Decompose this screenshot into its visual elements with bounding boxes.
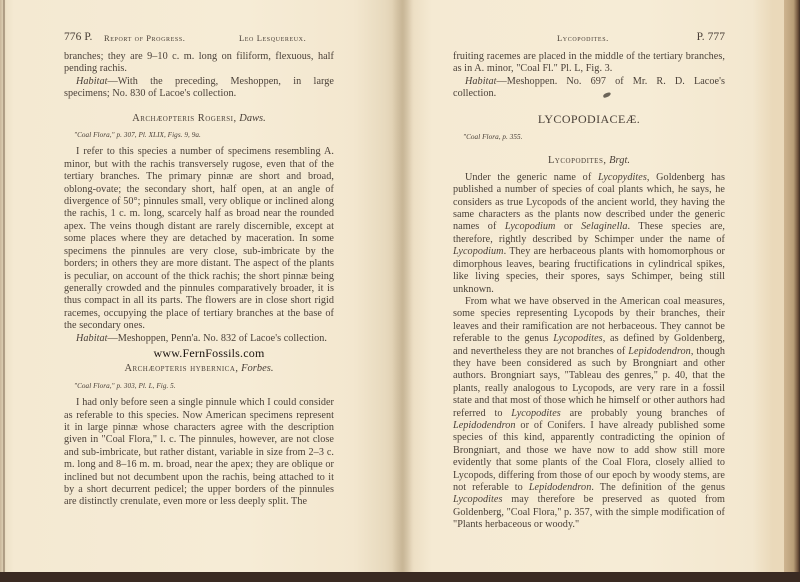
- book-bottom-edge: [0, 572, 800, 582]
- italic-term: Lycopydites: [598, 172, 647, 183]
- running-head-title: Lycopodites.: [557, 32, 609, 44]
- species-name: Archæopteris Rogersi,: [132, 113, 236, 124]
- habitat-paragraph: Habitat—With the preceding, Meshoppen, i…: [64, 76, 334, 101]
- habitat-text: —Meshoppen, Penn'a. No. 832 of Lacoe's c…: [107, 333, 327, 344]
- italic-term: Lycopodium: [505, 221, 556, 232]
- italic-term: Selaginella: [581, 221, 627, 232]
- text-run: Under the generic name of: [465, 172, 598, 183]
- family-heading: LYCOPODIACEÆ.: [453, 113, 725, 125]
- genus-author: Brgt.: [609, 155, 630, 166]
- habitat-paragraph: Habitat—Meshoppen. No. 697 of Mr. R. D. …: [453, 76, 725, 101]
- italic-term: Lepidodendron: [453, 420, 516, 431]
- right-running-head: Lycopodites. P. 777: [453, 31, 725, 51]
- italic-term: Lycopodites: [453, 494, 502, 505]
- species-name: Archæopteris hybernica,: [124, 363, 238, 374]
- running-head-author: Leo Lesquereux.: [239, 32, 306, 44]
- left-page-text-column: 776 P. Report of Progress. Leo Lesquereu…: [64, 31, 334, 509]
- species-author: Forbes.: [241, 363, 273, 374]
- body-paragraph: From what we have observed in the Americ…: [453, 296, 725, 532]
- genus-name: Lycopodites,: [548, 155, 607, 166]
- text-run: or: [555, 221, 581, 232]
- running-head-title: Report of Progress.: [104, 32, 186, 44]
- italic-term: Lycopodites: [511, 408, 560, 419]
- citation: "Coal Flora, p. 355.: [463, 131, 725, 143]
- habitat-paragraph: Habitat—Meshoppen, Penn'a. No. 832 of La…: [64, 333, 334, 345]
- italic-term: Lycopodium: [453, 246, 504, 257]
- watermark-url: www.FernFossils.com: [84, 347, 334, 359]
- page-edge: [784, 0, 800, 574]
- section-heading-archaeopteris-hybernica: Archæopteris hybernica, Forbes.: [64, 363, 334, 375]
- left-running-head: 776 P. Report of Progress. Leo Lesquereu…: [64, 31, 334, 51]
- left-page-number: 776 P.: [64, 31, 92, 43]
- citation: "Coal Flora," p. 307, Pl. XLIX, Figs. 9,…: [74, 129, 334, 141]
- opening-paragraph: branches; they are 9–10 c. m. long on fi…: [64, 51, 334, 76]
- italic-term: Lepidodendron: [529, 482, 592, 493]
- citation: "Coal Flora," p. 303, Pl. L, Fig. 5.: [74, 380, 334, 392]
- text-run: are probably young branches of: [561, 408, 725, 419]
- body-paragraph: I had only before seen a single pinnule …: [64, 397, 334, 509]
- right-page-text-column: Lycopodites. P. 777 fruiting racemes are…: [453, 31, 725, 532]
- book-spread: 776 P. Report of Progress. Leo Lesquereu…: [0, 0, 800, 574]
- body-paragraph: I refer to this species a number of spec…: [64, 146, 334, 332]
- habitat-label: Habitat: [465, 76, 496, 87]
- text-run: . The definition of the genus: [591, 482, 725, 493]
- habitat-label: Habitat: [76, 76, 107, 87]
- species-author: Daws.: [239, 113, 266, 124]
- italic-term: Lepidodendron: [628, 346, 691, 357]
- right-page-number: P. 777: [697, 31, 725, 43]
- genus-heading: Lycopodites, Brgt.: [453, 155, 725, 167]
- body-paragraph: Under the generic name of Lycopydites, G…: [453, 172, 725, 296]
- left-page: 776 P. Report of Progress. Leo Lesquereu…: [0, 0, 402, 574]
- continuation-paragraph: fruiting racemes are placed in the middl…: [453, 51, 725, 76]
- habitat-label: Habitat: [76, 333, 107, 344]
- section-heading-archaeopteris-rogersi: Archæopteris Rogersi, Daws.: [64, 113, 334, 125]
- italic-term: Lycopodites: [553, 333, 602, 344]
